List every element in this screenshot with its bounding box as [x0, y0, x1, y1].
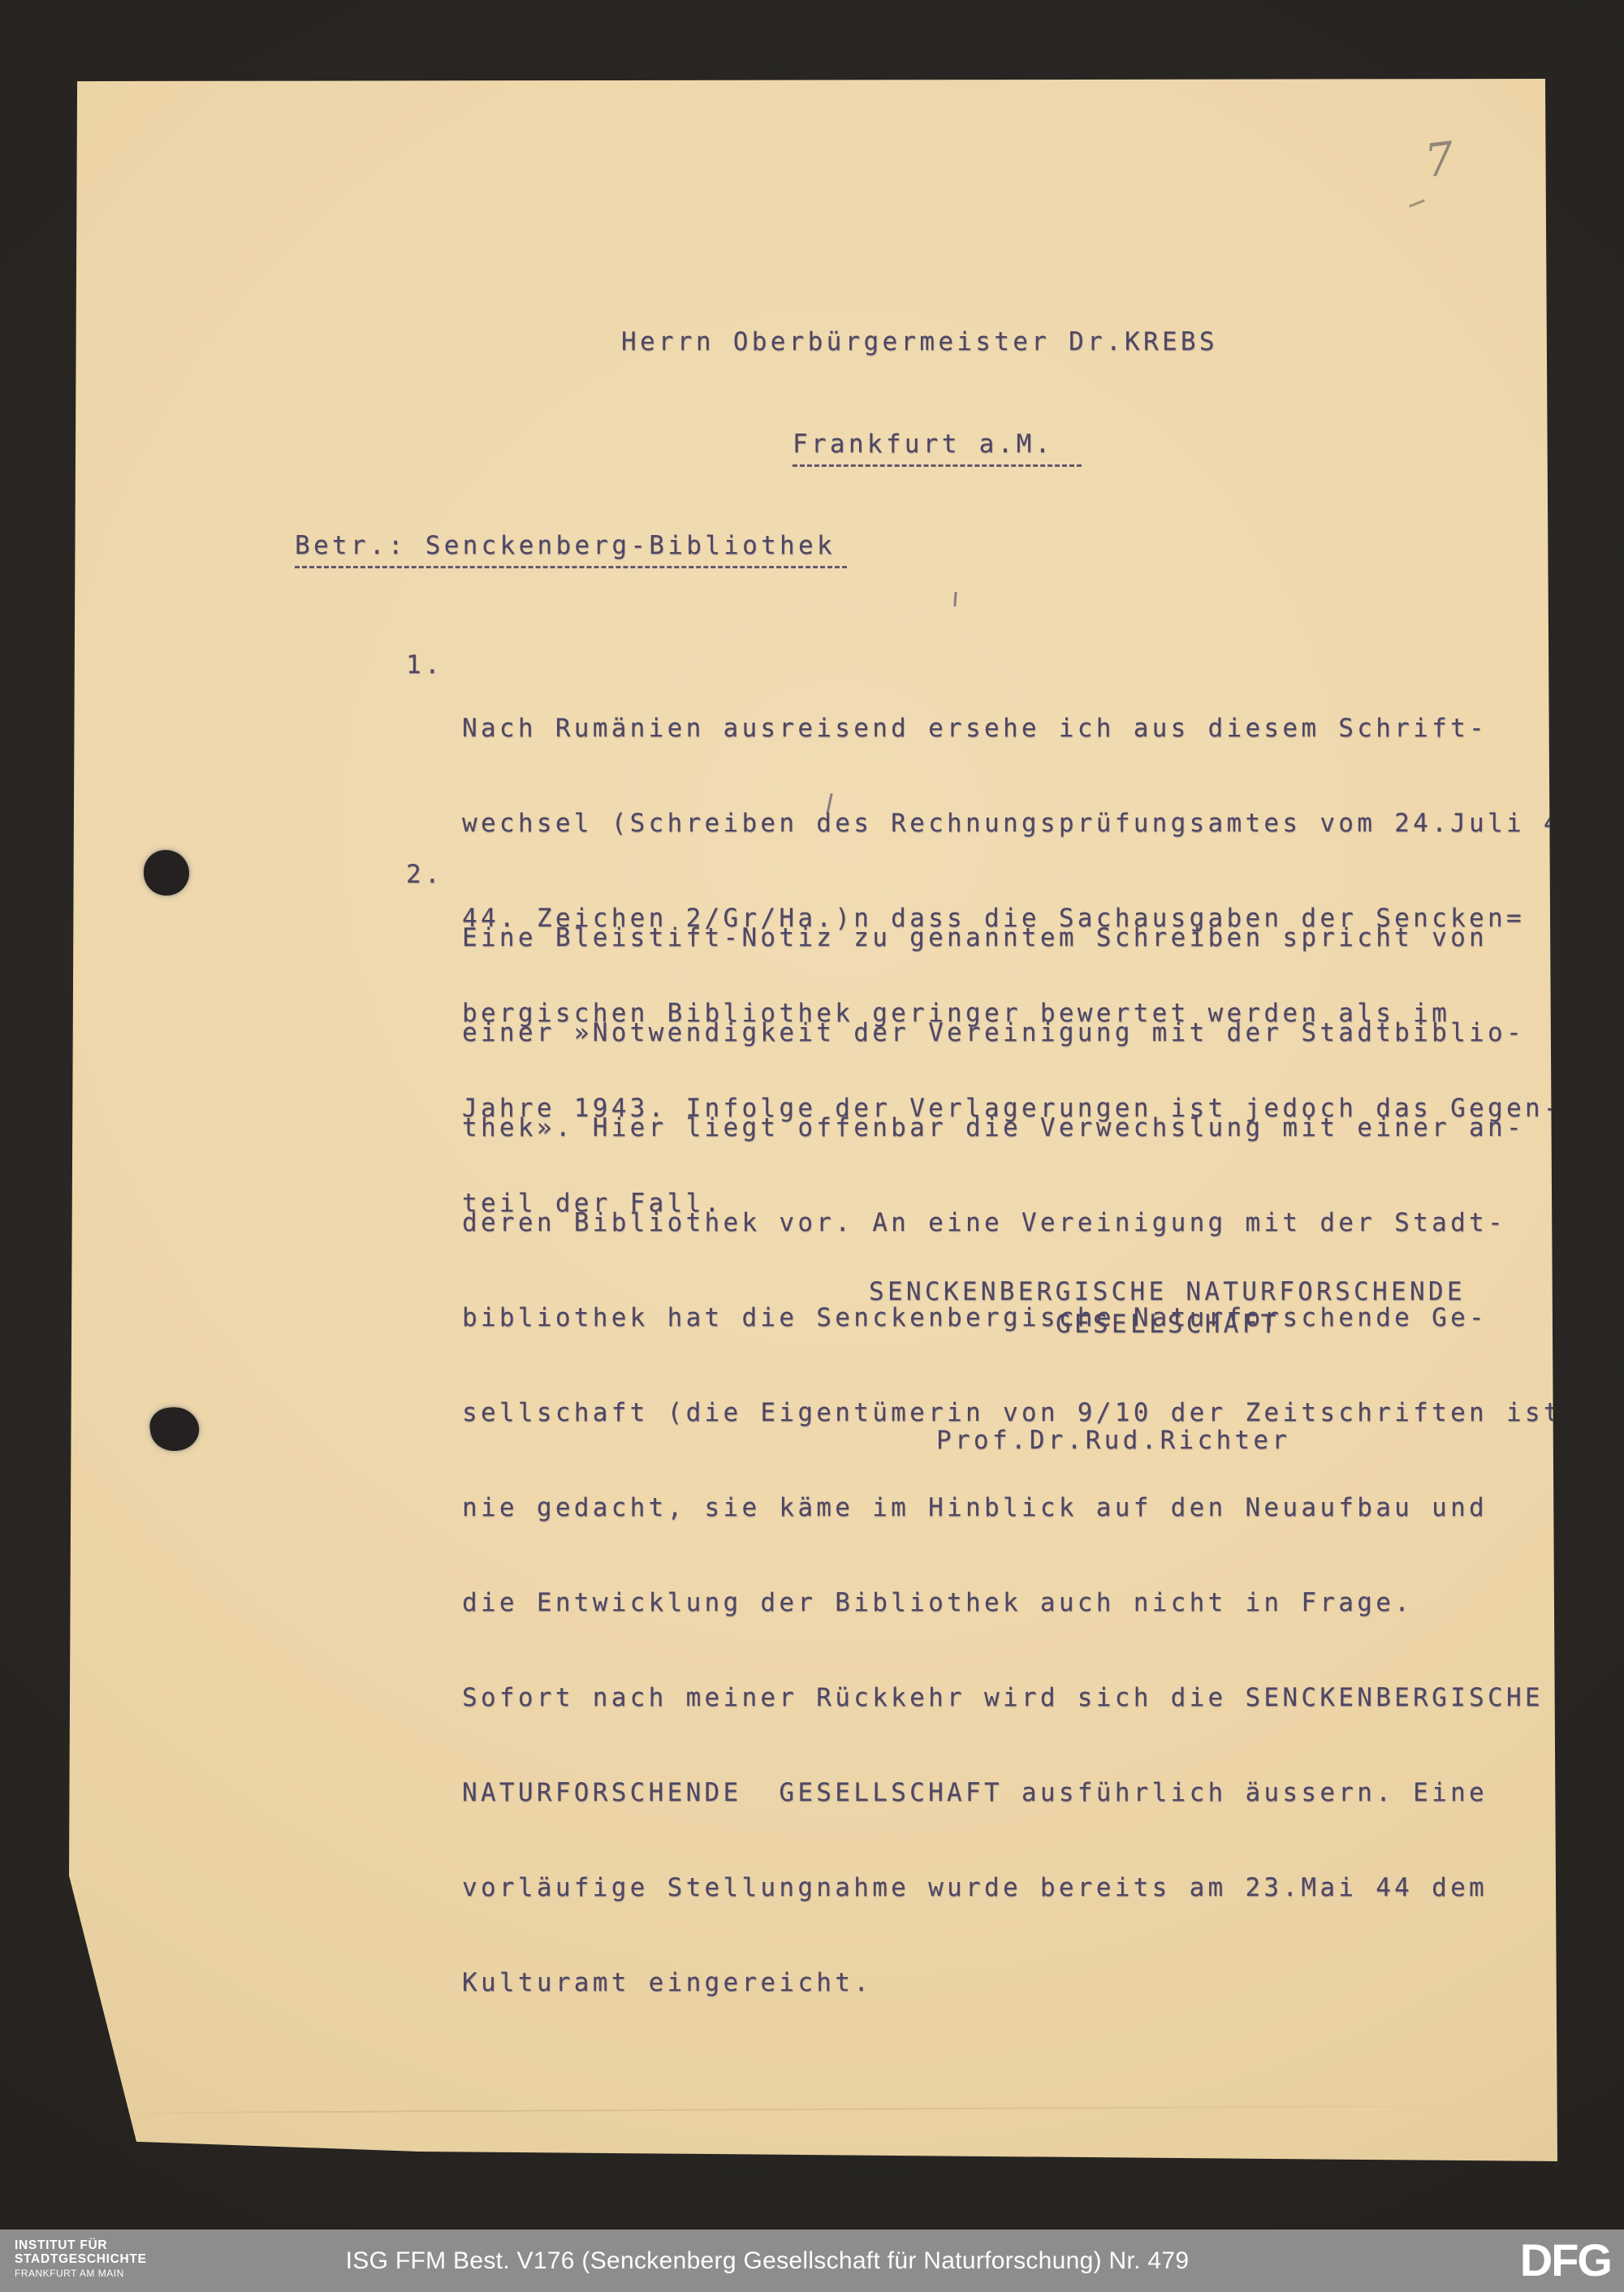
- paragraph-line: Eine Bleistift-Notiz zu genanntem Schrei…: [462, 922, 1562, 954]
- paragraph-line: nie gedacht, sie käme im Hinblick auf de…: [462, 1492, 1562, 1524]
- paragraph-line: Nach Rumänien ausreisend ersehe ich aus …: [462, 713, 1562, 745]
- paragraph-line: Kulturamt eingereicht.: [462, 1967, 1562, 1999]
- paragraph-line: einer »Notwendigkeit der Vereinigung mit…: [462, 1017, 1562, 1049]
- recipient-city-text: Frankfurt a.M.: [793, 429, 1082, 467]
- scan-background: 7 Herrn Oberbürgermeister Dr.KREBS Frank…: [0, 0, 1624, 2292]
- signature-name: Prof.Dr.Rud.Richter: [936, 1425, 1290, 1457]
- paragraph-line: wechsel (Schreiben des Rechnungsprüfungs…: [462, 808, 1562, 840]
- archive-reference-label: ISG FFM Best. V176 (Senckenberg Gesellsc…: [0, 2247, 1535, 2275]
- signature-org-line-2: GESELLSCHAFT: [1056, 1309, 1280, 1340]
- footer-bar: INSTITUT FÜR STADTGESCHICHTE FRANKFURT A…: [0, 2229, 1624, 2292]
- dfg-logo: DFG: [1520, 2234, 1611, 2286]
- paper-crease: [118, 2105, 1498, 2114]
- signature-org-line-1: SENCKENBERGISCHE NATURFORSCHENDE: [869, 1276, 1466, 1308]
- pencil-dash-mark: [1409, 199, 1425, 207]
- paragraph-line: NATURFORSCHENDE GESELLSCHAFT ausführlich…: [462, 1777, 1562, 1809]
- list-item-1-number: 1.: [406, 650, 443, 681]
- paragraph-line: Sofort nach meiner Rückkehr wird sich di…: [462, 1682, 1562, 1714]
- subject-text: Betr.: Senckenberg-Bibliothek: [295, 530, 847, 568]
- paragraph-line: vorläufige Stellungnahme wurde bereits a…: [462, 1872, 1562, 1904]
- recipient-line: Herrn Oberbürgermeister Dr.KREBS: [621, 326, 1218, 358]
- list-item-2-number: 2.: [406, 859, 443, 891]
- punch-hole-top: [144, 850, 189, 896]
- document-paper: 7 Herrn Oberbürgermeister Dr.KREBS Frank…: [69, 79, 1557, 2161]
- recipient-city-line: Frankfurt a.M.: [793, 429, 1082, 467]
- punch-hole-bottom: [148, 1404, 202, 1454]
- pencil-page-number: 7: [1422, 132, 1457, 188]
- paragraph-line: die Entwicklung der Bibliothek auch nich…: [462, 1587, 1562, 1619]
- paragraph-line: thek». Hier liegt offenbar die Verwechsl…: [462, 1112, 1562, 1144]
- subject-line: Betr.: Senckenberg-Bibliothek: [295, 530, 847, 568]
- list-item-2-text: Eine Bleistift-Notiz zu genanntem Schrei…: [462, 859, 1562, 2062]
- ink-tick-mark: [953, 592, 957, 606]
- paragraph-line: deren Bibliothek vor. An eine Vereinigun…: [462, 1207, 1562, 1239]
